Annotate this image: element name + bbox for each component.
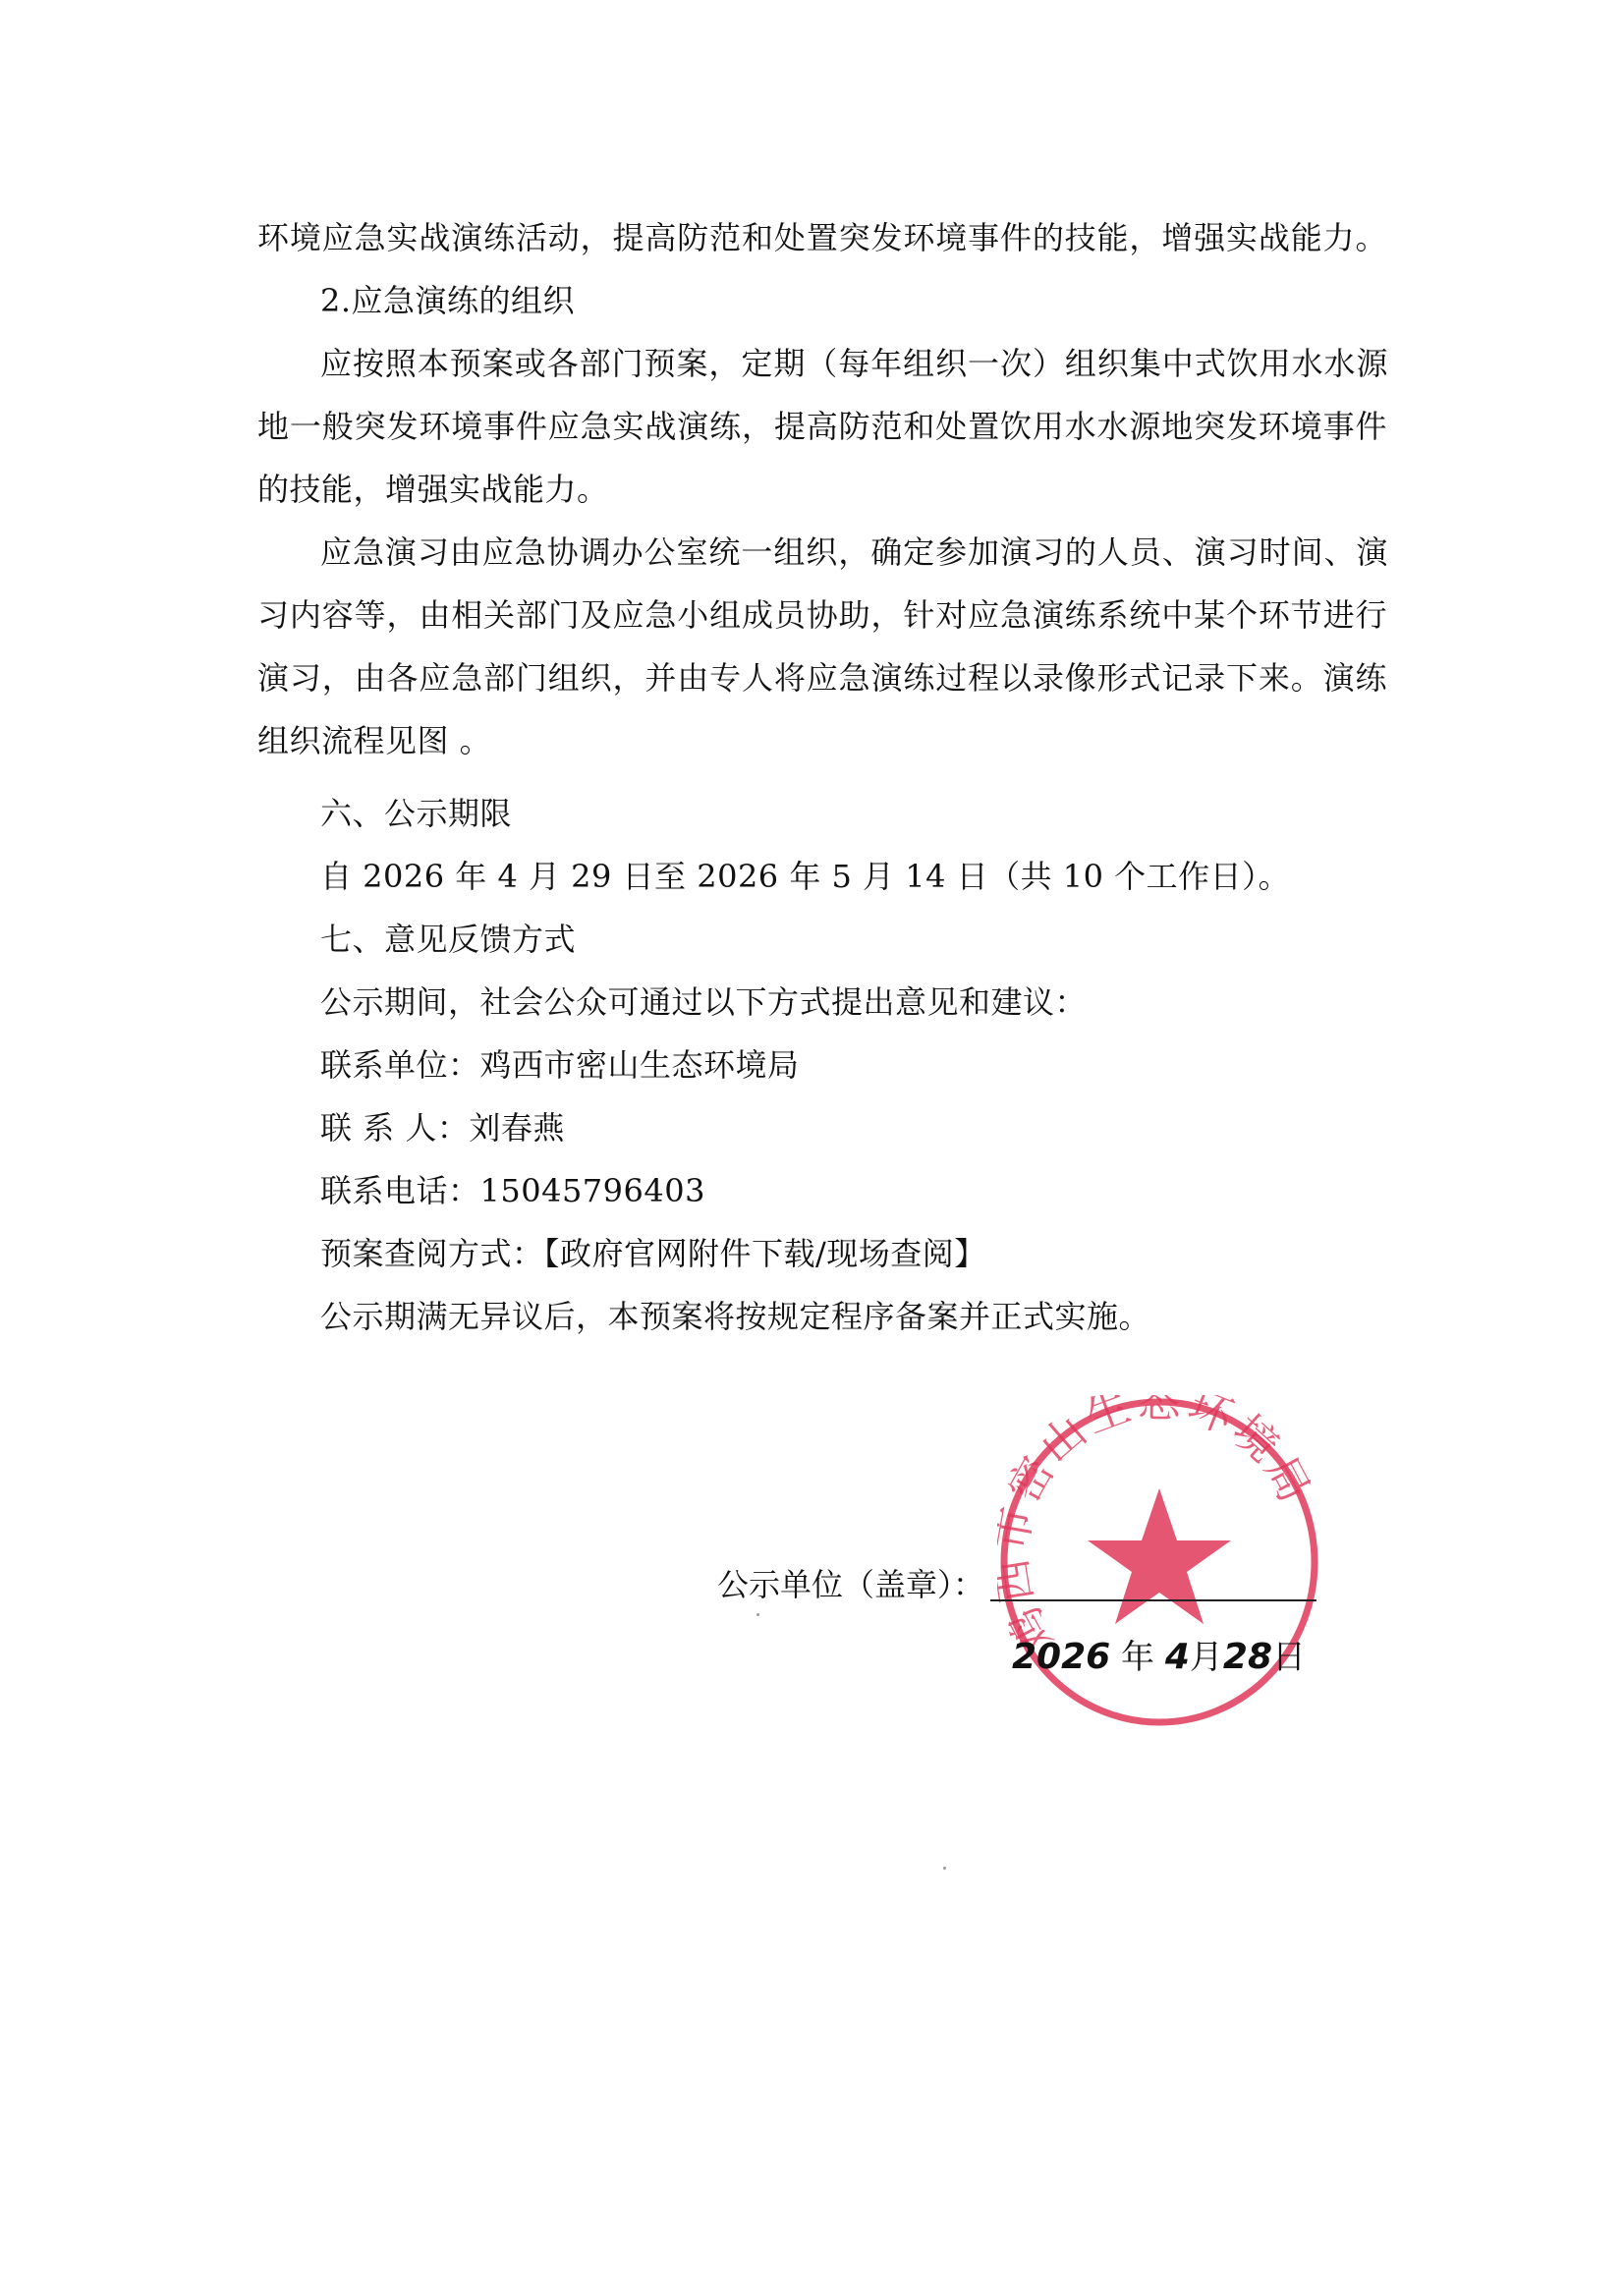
scan-speck: [943, 1867, 946, 1870]
contact-phone: 联系电话：15045796403: [320, 1171, 705, 1210]
official-seal-stamp: 鸡西市密山生态环境局: [997, 1395, 1321, 1729]
paragraph-line: 应急演习由应急协调办公室统一组织，确定参加演习的人员、演习时间、演: [320, 532, 1388, 572]
signature-date: 2026 年 4月28日: [1012, 1636, 1306, 1679]
subsection-heading: 2.应急演练的组织: [320, 281, 575, 320]
closing-statement: 公示期满无异议后，本预案将按规定程序备案并正式实施。: [320, 1297, 1150, 1336]
day-suffix: 日: [1272, 1638, 1306, 1677]
contact-unit: 联系单位：鸡西市密山生态环境局: [320, 1045, 800, 1085]
paragraph-line: 的技能，增强实战能力。: [257, 470, 609, 509]
paragraph-line: 环境应急实战演练活动，提高防范和处置突发环境事件的技能，增强实战能力。: [257, 218, 1387, 257]
paragraph-line: 地一般突发环境事件应急实战演练，提高防范和处置饮用水水源地突发环境事件: [257, 407, 1387, 446]
paragraph-line: 应按照本预案或各部门预案，定期（每年组织一次）组织集中式饮用水水源: [320, 344, 1388, 383]
year-suffix: 年: [1121, 1638, 1154, 1677]
paragraph-line: 演习，由各应急部门组织，并由专人将应急演练过程以录像形式记录下来。演练: [257, 658, 1387, 698]
handwritten-day: 28: [1223, 1637, 1272, 1677]
publicity-period-text: 自 2026 年 4 月 29 日至 2026 年 5 月 14 日（共 10 …: [320, 857, 1290, 896]
signature-label: 公示单位（盖章）：: [717, 1565, 984, 1604]
month-suffix: 月: [1190, 1638, 1223, 1677]
paragraph-line: 组织流程见图 。: [257, 721, 491, 760]
section-heading-publicity-period: 六、公示期限: [320, 794, 512, 833]
review-method: 预案查阅方式：【政府官网附件下载/现场查阅】: [320, 1234, 986, 1273]
paragraph-line: 习内容等，由相关部门及应急小组成员协助，针对应急演练系统中某个环节进行: [257, 595, 1387, 635]
section-heading-feedback: 七、意见反馈方式: [320, 920, 576, 959]
star-icon: [1088, 1488, 1231, 1624]
handwritten-year: 2026: [1012, 1637, 1110, 1677]
signature-underline: [990, 1599, 1316, 1601]
handwritten-month: 4: [1165, 1637, 1190, 1677]
contact-person: 联 系 人：刘春燕: [320, 1108, 565, 1147]
scan-speck: [756, 1613, 759, 1616]
feedback-intro: 公示期间，社会公众可通过以下方式提出意见和建议：: [320, 982, 1087, 1022]
